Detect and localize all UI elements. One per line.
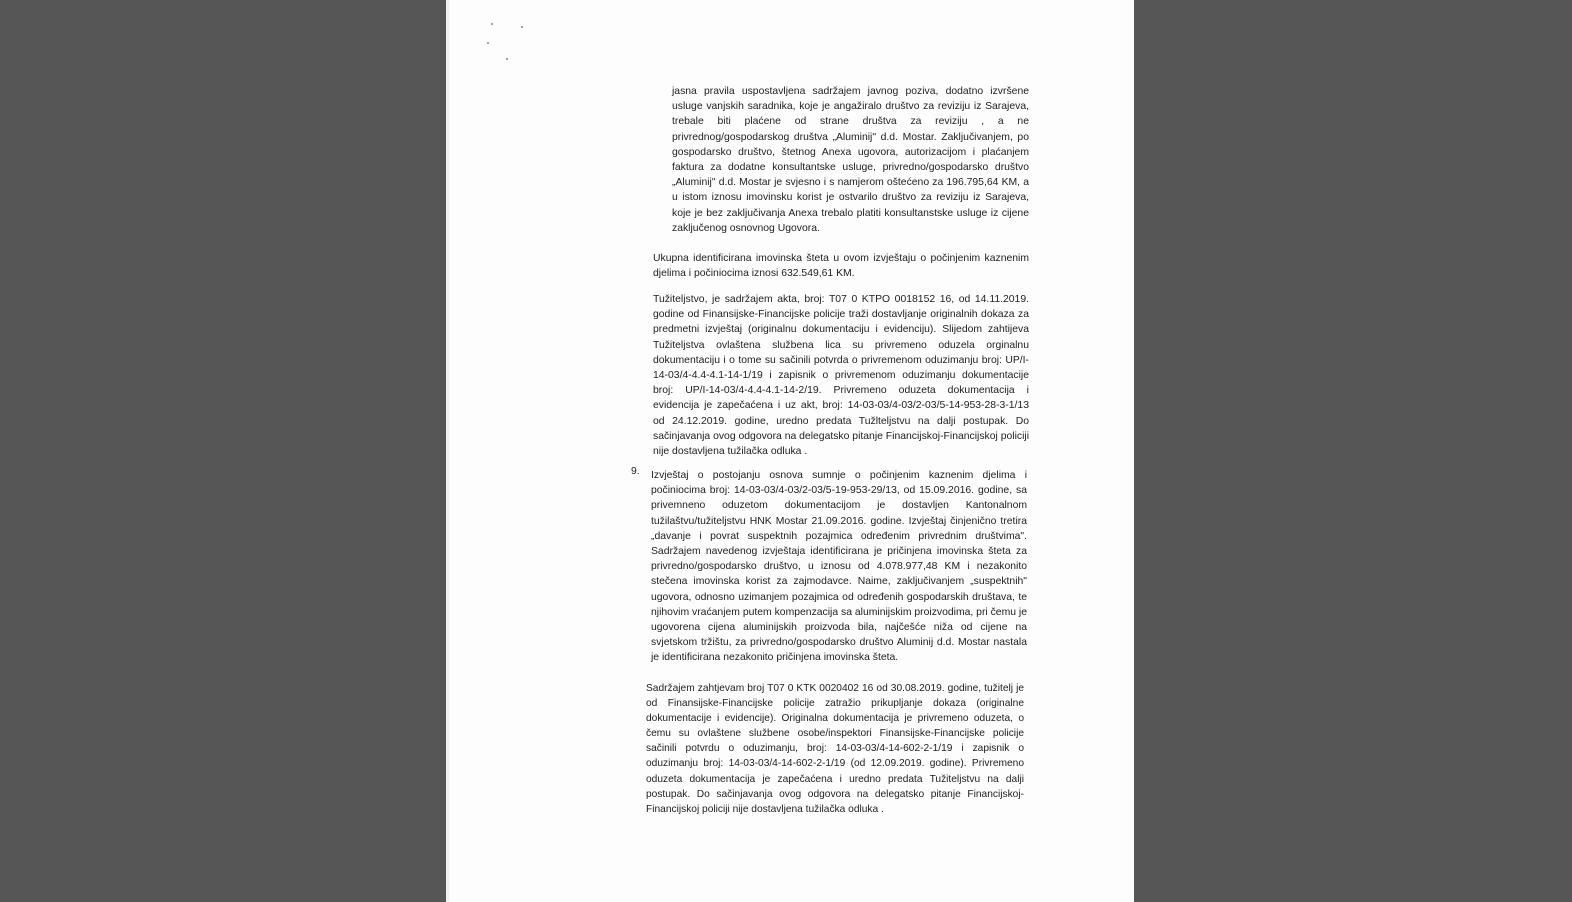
scan-speck bbox=[491, 23, 493, 25]
paragraph-total-damage: Ukupna identificirana imovinska šteta u … bbox=[653, 251, 1029, 281]
paragraph-text: Tužiteljstvo, je sadržajem akta, broj: T… bbox=[653, 292, 1029, 459]
paragraph-text: Sadržajem zahtjevam broj T07 0 KTK 00204… bbox=[646, 681, 1024, 817]
list-item-number: 9. bbox=[631, 466, 640, 477]
document-page: jasna pravila uspostavljena sadržajem ja… bbox=[446, 0, 1134, 902]
paragraph-text: Ukupna identificirana imovinska šteta u … bbox=[653, 251, 1029, 281]
scan-speck bbox=[506, 58, 508, 60]
paragraph-prosecution-request: Tužiteljstvo, je sadržajem akta, broj: T… bbox=[653, 292, 1029, 459]
paragraph-text: Izvještaj o postojanju osnova sumnje o p… bbox=[651, 468, 1027, 666]
scan-speck bbox=[487, 42, 489, 44]
paragraph-item-9: Izvještaj o postojanju osnova sumnje o p… bbox=[651, 468, 1027, 666]
scan-speck bbox=[521, 26, 523, 28]
paragraph-request-2019: Sadržajem zahtjevam broj T07 0 KTK 00204… bbox=[646, 681, 1024, 817]
paragraph-continuation: jasna pravila uspostavljena sadržajem ja… bbox=[672, 84, 1029, 236]
paragraph-text: jasna pravila uspostavljena sadržajem ja… bbox=[672, 84, 1029, 236]
